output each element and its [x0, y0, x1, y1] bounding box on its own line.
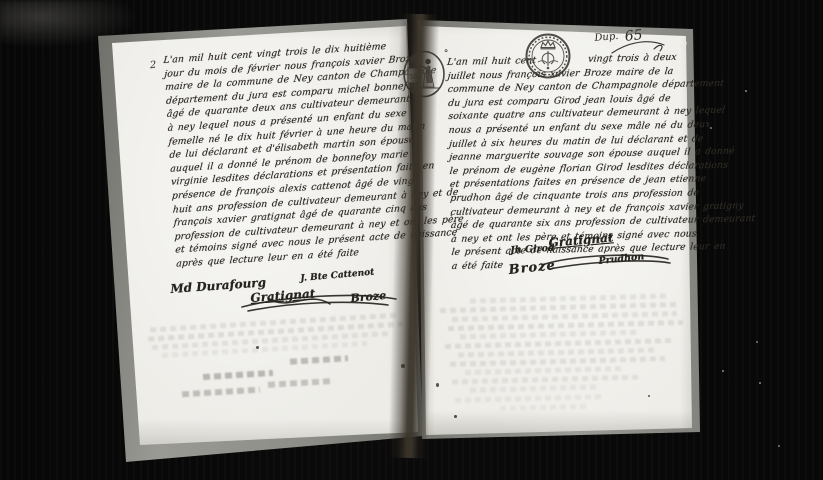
ink-spot — [648, 395, 650, 397]
dust-speck — [710, 127, 712, 129]
manuscript-register-photo: 2 L'an mil huit cent vingt trois le dix … — [0, 0, 823, 480]
dust-speck — [722, 370, 724, 372]
ink-spot — [256, 346, 259, 349]
act-line-segment: L'an mil huit cent — [447, 55, 537, 68]
stamp-gap — [536, 62, 588, 63]
dust-speck — [745, 90, 747, 92]
ink-spot — [454, 415, 457, 418]
dust-speck — [756, 341, 758, 343]
dust-speck — [759, 382, 761, 384]
left-act-text: L'an mil huit cent vingt trois le dix hu… — [163, 39, 416, 271]
act-line-segment: vingt trois à deux — [588, 52, 678, 65]
ink-spot — [436, 383, 439, 387]
dust-speck — [778, 445, 780, 447]
left-act-margin-number: 2 — [150, 60, 157, 71]
